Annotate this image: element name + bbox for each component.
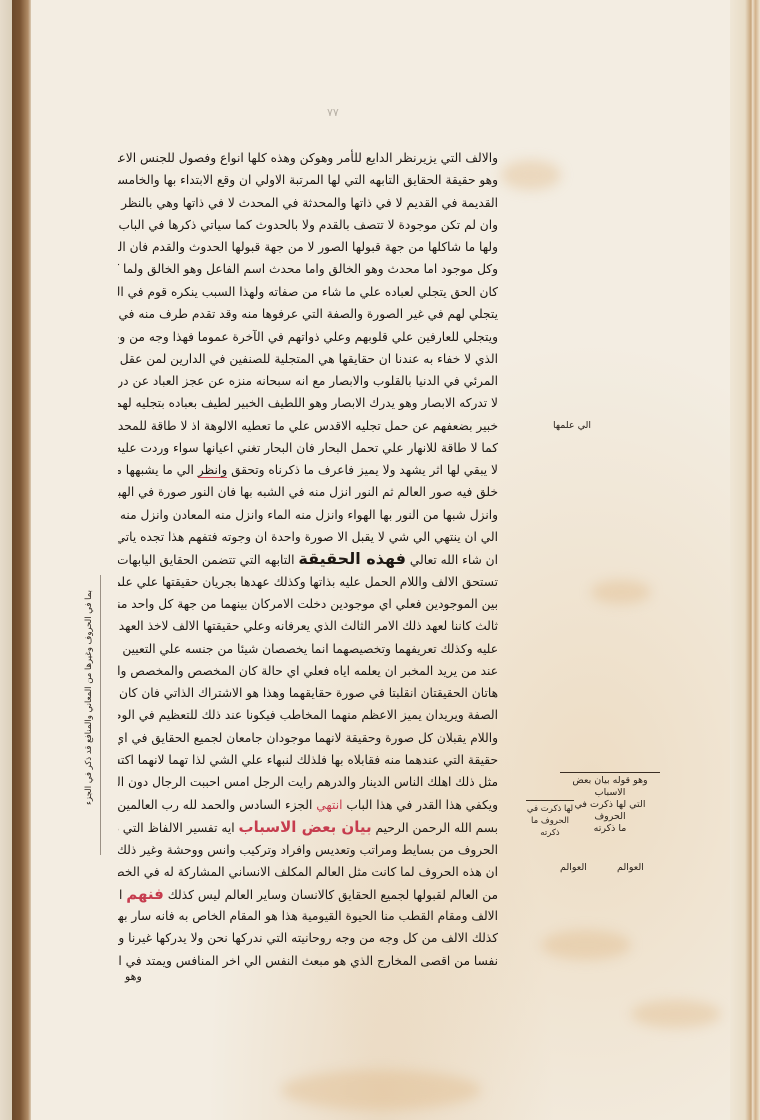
text-line: خبير بضعفهم عن حمل تجليه الاقدس علي ما ت…: [118, 415, 498, 437]
text-segment: بسم الله الرحمن الرحيم: [372, 821, 498, 835]
text-line: بين الموجودين فعلي اي موجودين دخلت الامر…: [118, 593, 498, 615]
paper-stain: [541, 930, 631, 960]
text-line: لا يبقي لها اثر يشهد ولا يميز فاعرف ما ذ…: [118, 459, 498, 481]
rubric-word: وانظر: [198, 463, 227, 478]
text-line: كذلك الالف من كل وجه من وجه روحانيته الت…: [118, 927, 498, 949]
text-line: وان لم تكن موجودة لا تتصف بالقدم ولا بال…: [118, 214, 498, 236]
text-line: خلق فيه صور العالم ثم النور انزل منه في …: [118, 481, 498, 503]
text-line: القديمة في القديم لا في ذاتها والمحدثة ف…: [118, 192, 498, 214]
margin-note-line: ما ذكرته: [560, 823, 660, 835]
text-line: المرئي في الدنيا بالقلوب والابصار مع انه…: [118, 370, 498, 392]
paper-stain: [281, 1070, 481, 1110]
margin-note-rule: [526, 800, 574, 801]
text-line: ويتجلي للعارفين علي قلوبهم وعلي ذواتهم ف…: [118, 325, 498, 347]
text-line: حقيقة التي عندهما منه فقابلاه بها فلذلك …: [118, 749, 498, 771]
margin-note-line: التي لها ذكرت في الحروف: [560, 799, 660, 823]
text-line: لا تدركه الابصار وهو يدرك الابصار وهو ال…: [118, 392, 498, 414]
text-segment: لا يبقي لها اثر يشهد ولا يميز فاعرف ما ذ…: [227, 463, 498, 477]
text-segment: الجزء السادس والحمد لله رب العالمين: [118, 798, 316, 812]
rubric-word: بيان بعض الاسباب: [239, 818, 372, 836]
text-line: الحروف من بسايط ومراتب وتعديس وافراد وتر…: [118, 838, 498, 860]
text-segment: الي ما يشبهها من المحدثات الهباء الذي: [118, 463, 198, 477]
text-line: ثالث كاننا لعهد ذلك الامر الثالث الذي يع…: [118, 615, 498, 637]
text-line: واللام يقبلان كل صورة وحقيقة لانهما موجو…: [118, 727, 498, 749]
text-line: ويكفي هذا القدر في هذا الباب انتهي الجزء…: [118, 794, 498, 816]
text-segment: الحروف من بسايط ومراتب وتعديس وافراد وتر…: [118, 843, 498, 857]
text-line: الصفة ويريدان يميز الاعظم منهما المخاطب …: [118, 704, 498, 726]
margin-note: الي علمها: [553, 420, 591, 432]
text-line: هاتان الحقيقتان انقلبتا في صورة حقايقهما…: [118, 682, 498, 704]
text-segment: ايه تفسير الالفاظ التي ذكرت في: [118, 821, 239, 835]
text-line: الي ان ينتهي الي شي لا يقبل الا صورة واح…: [118, 526, 498, 548]
text-line: يتجلي لهم في غير الصورة والصفة التي عرفو…: [118, 303, 498, 325]
margin-note-rule: [560, 772, 660, 773]
margin-note-block: لها ذكرت في الحروف ما ذكرته: [526, 800, 574, 839]
text-segment: مثل ذلك اهلك الناس الدينار والدرهم رايت …: [118, 775, 498, 789]
text-line: نفسا من اقصى المخارج الذي هو مبعث النفس …: [118, 950, 498, 972]
text-line: الالف ومقام القطب منا الحيوة القيومية هذ…: [118, 905, 498, 927]
rubric-word: فنهم: [126, 885, 164, 903]
catchword: وهو: [125, 970, 142, 983]
paper-stain: [631, 1000, 721, 1028]
page-fore-edge: [730, 0, 760, 1120]
paper-stain: [591, 580, 651, 604]
text-segment: الذي لا خفاء به عندنا ان حقايقها هي المت…: [118, 352, 498, 366]
margin-note-line: وهو قوله بيان بعض الاسباب: [560, 775, 660, 799]
text-line: ان شاء الله تعالي فهذه الحقيقة التابهه ا…: [118, 548, 498, 570]
text-segment: ويكفي هذا القدر في هذا الباب: [343, 798, 499, 812]
text-line: تستحق الالف واللام الحمل عليه بذاتها وكذ…: [118, 571, 498, 593]
text-segment: ويتجلي للعارفين علي قلوبهم وعلي ذواتهم ف…: [118, 330, 498, 344]
text-segment: التابهه التي تتضمن الحقايق اليابهات هو ا…: [118, 553, 298, 567]
margin-note-line: ذكرته: [526, 827, 574, 839]
margin-note-block: وهو قوله بيان بعض الاسباب التي لها ذكرت …: [560, 772, 660, 835]
vertical-margin-note: بما في الحروف وغيرها من المعاني والمنافع…: [84, 590, 102, 840]
text-segment: ان شاء الله تعالي: [406, 553, 498, 567]
margin-note: العوالم: [617, 862, 644, 874]
text-line: بسم الله الرحمن الرحيم بيان بعض الاسباب …: [118, 816, 498, 838]
rubric-word: انتهي: [316, 798, 342, 812]
rubric-word: فهذه الحقيقة: [298, 549, 406, 568]
text-line: مثل ذلك اهلك الناس الدينار والدرهم رايت …: [118, 771, 498, 793]
text-line: وانزل شبها من النور بها الهواء وانزل منه…: [118, 504, 498, 526]
text-line: وكل موجود اما محدث وهو الخالق واما محدث …: [118, 258, 498, 280]
book-gutter: [12, 0, 32, 1120]
text-line: عليه وكذلك تعريفهما وتخصيصهما انما يخصصا…: [118, 638, 498, 660]
text-line: وهو حقيقة الحقايق التابهه التي لها المرت…: [118, 169, 498, 191]
text-line: عند من يريد المخبر ان يعلمه اياه فعلي اي…: [118, 660, 498, 682]
text-line: ان هذه الحروف لما كانت مثل العالم المكلف…: [118, 861, 498, 883]
text-segment: من العالم لقبولها لجميع الحقايق كالانسان…: [164, 888, 498, 902]
text-line: والالف التي يزيرنظر الدايع للأمر وهوكن و…: [118, 147, 498, 169]
text-line: كان الحق يتجلي لعباده علي ما شاء من صفات…: [118, 281, 498, 303]
margin-note-line: الحروف ما: [526, 815, 574, 827]
text-line: الذي لا خفاء به عندنا ان حقايقها هي المت…: [118, 348, 498, 370]
text-line: من العالم لقبولها لجميع الحقايق كالانسان…: [118, 883, 498, 905]
margin-note: العوالم: [560, 862, 587, 874]
text-line: ولها ما شاكلها من جهة قبولها الصور لا من…: [118, 236, 498, 258]
margin-note-line: لها ذكرت في: [526, 803, 574, 815]
folio-number: ٧٧: [327, 106, 339, 119]
paper-stain: [501, 160, 561, 190]
main-text-block: والالف التي يزيرنظر الدايع للأمر وهوكن و…: [118, 147, 498, 972]
text-line: كما لا طاقة للانهار علي تحمل البحار فان …: [118, 437, 498, 459]
